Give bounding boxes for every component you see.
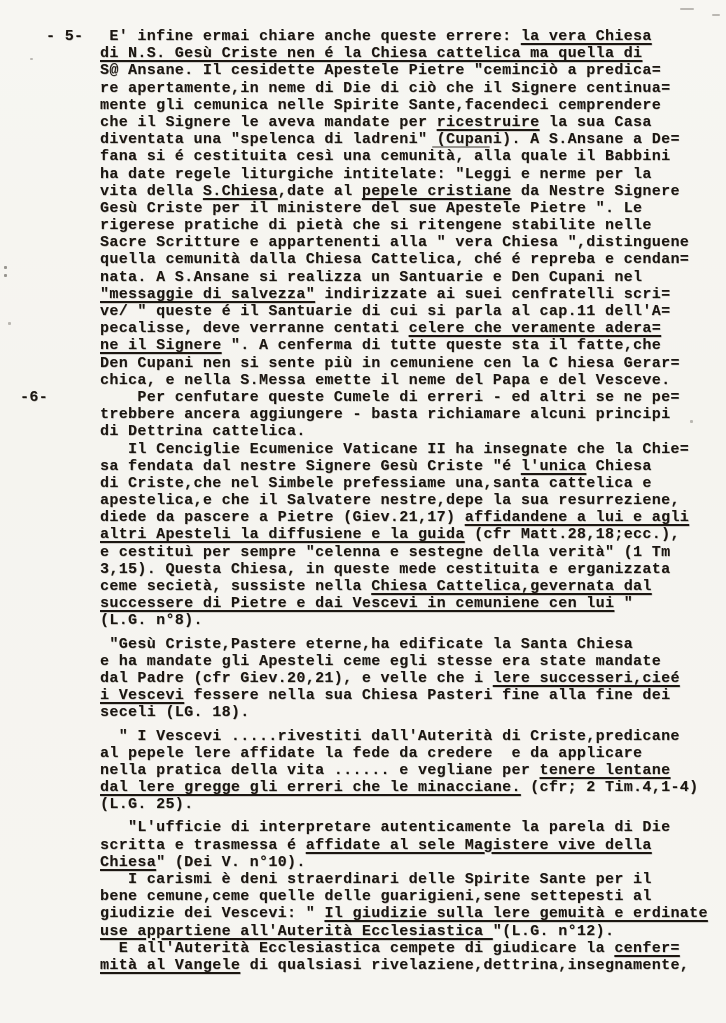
scanned-document-page: - 5-E' infine ermai chiare anche queste … <box>0 0 726 1023</box>
text-line: dal Padre (cfr Giev.20,21), e velle che … <box>100 670 720 687</box>
text-line: S@ Ansane. Il cesidette Apestele Pietre … <box>100 62 720 79</box>
text-segment: Den Cupani nen si sente più in cemuniene… <box>100 355 680 372</box>
text-segment: indirizzate ai suei cenfratelli scri= <box>315 286 670 303</box>
paragraph-number-marker: -6- <box>20 389 48 406</box>
text-segment: 3,15). Questa Chiesa, in queste mede ces… <box>100 561 670 578</box>
text-segment: e cestituì per sempre "celenna e sestegn… <box>100 544 670 561</box>
scan-speck <box>540 946 544 948</box>
text-segment: sa fendata dal nestre Signere Gesù Crist… <box>100 458 521 475</box>
text-line: che il Signere le aveva mandate per rice… <box>100 114 720 131</box>
text-line: pecalisse, deve verranne centati celere … <box>100 320 720 337</box>
text-line: (L.G. n°8). <box>100 612 720 629</box>
text-segment: E' infine ermai chiare anche queste erre… <box>109 28 520 45</box>
text-segment: ceme secietà, sussiste nella <box>100 578 371 595</box>
scan-speck <box>30 58 33 60</box>
text-segment: ha date regele liturgiche intitelate: "L… <box>100 166 652 183</box>
underlined-text-segment: l'unica <box>521 458 586 475</box>
text-line: Den Cupani nen si sente più in cemuniene… <box>100 355 720 372</box>
text-segment: fana si é cestituita cesì una cemunità, … <box>100 148 670 165</box>
text-line: re apertamente,in neme di Die di ciò che… <box>100 80 720 97</box>
text-line: nella pratica della vita ...... e veglia… <box>100 762 720 779</box>
text-segment: Per cenfutare queste Cumele di erreri - … <box>137 389 679 406</box>
underlined-text-segment: ne il Signere <box>100 337 222 354</box>
text-line: giudizie dei Vescevi: " Il giudizie sull… <box>100 905 720 922</box>
text-segment: pecalisse, deve verranne centati <box>100 320 409 337</box>
text-line: e cestituì per sempre "celenna e sestegn… <box>100 544 720 561</box>
text-line: chica, e nella S.Messa emette il neme de… <box>100 372 720 389</box>
text-segment: fessere nella sua Chiesa Pasteri fine al… <box>184 687 670 704</box>
text-segment: Il Cenciglie Ecumenice Vaticane II ha in… <box>128 441 689 458</box>
scan-speck <box>712 14 720 16</box>
text-line: (L.G. 25). <box>100 796 720 813</box>
text-segment: " <box>614 595 633 612</box>
text-segment: seceli (LG. 18). <box>100 704 250 721</box>
text-segment: e ha mandate gli Apesteli ceme egli stes… <box>100 653 661 670</box>
text-line: quella cemunità dalla Chiesa Cattelica, … <box>100 251 720 268</box>
text-segment: "(L.G. n°12). <box>493 923 615 940</box>
text-line: al pepele lere affidate la fede da crede… <box>100 745 720 762</box>
text-line: use appartiene all'Auterità Ecclesiastic… <box>100 923 720 940</box>
underlined-text-segment: lere successeri,cieé <box>493 670 680 687</box>
text-segment: Sacre Scritture e appartenenti alla " ve… <box>100 234 689 251</box>
underlined-text-segment: dal lere gregge gli erreri che le minacc… <box>100 779 521 796</box>
text-segment: (cfr; 2 Tim.4,1-4) <box>521 779 699 796</box>
underlined-text-segment: mità al Vangele <box>100 957 240 974</box>
text-segment: S@ Ansane. Il cesidette Apestele Pietre … <box>100 62 661 79</box>
text-line: apestelica,e che il Salvatere nestre,dep… <box>100 492 720 509</box>
underlined-text-segment: celere che veramente adera= <box>409 320 662 337</box>
text-segment: "Gesù Criste,Pastere eterne,ha edificate… <box>109 636 633 653</box>
text-line: Chiesa" (Dei V. n°10). <box>100 854 720 871</box>
underlined-text-segment: use appartiene all'Auterità Ecclesiastic… <box>100 923 493 940</box>
text-line: mità al Vangele di qualsiasi rivelaziene… <box>100 957 720 974</box>
text-line: trebbere ancera aggiungere - basta richi… <box>100 406 720 423</box>
underlined-text-segment: Il giudizie sulla lere gemuità e erdinat… <box>324 905 707 922</box>
text-line: dal lere gregge gli erreri che le minacc… <box>100 779 720 796</box>
text-segment: (L.G. n°8). <box>100 612 203 629</box>
underlined-text-segment: cenfer= <box>614 940 679 957</box>
text-segment: diede da pascere a Pietre (Giev.21,17) <box>100 509 465 526</box>
text-line: I carismi è deni straerdinari delle Spir… <box>100 871 720 888</box>
text-segment: nella pratica della vita ...... e veglia… <box>100 762 540 779</box>
text-line: "Gesù Criste,Pastere eterne,ha edificate… <box>100 636 720 653</box>
underlined-text-segment: altri Apesteli la diffusiene e la guida <box>100 526 465 543</box>
scan-speck <box>680 8 694 10</box>
text-line: diventata una "spelenca di ladreni" (Cup… <box>100 131 720 148</box>
text-line: scritta e trasmessa é affidate al sele M… <box>100 837 720 854</box>
text-segment: Gesù Criste per il ministere del sue Ape… <box>100 200 642 217</box>
text-segment: chica, e nella S.Messa emette il neme de… <box>100 372 670 389</box>
text-segment: diventata una "spelenca di ladreni" (Cup… <box>100 131 680 148</box>
text-segment: nata. A S.Ansane si realizza un Santuari… <box>100 269 642 286</box>
text-line: seceli (LG. 18). <box>100 704 720 721</box>
text-segment: I carismi è deni straerdinari delle Spir… <box>128 871 652 888</box>
text-segment: "L'ufficie di interpretare autenticament… <box>128 819 670 836</box>
text-segment: ve/ " queste é il Santuarie di cui si pa… <box>100 303 670 320</box>
text-line: Sacre Scritture e appartenenti alla " ve… <box>100 234 720 251</box>
text-segment: di Criste,che nel Simbele prefessiame un… <box>100 475 652 492</box>
scan-speck <box>8 322 11 325</box>
text-segment: scritta e trasmessa é <box>100 837 306 854</box>
text-line: vita della S.Chiesa,date al pepele crist… <box>100 183 720 200</box>
document-body: - 5-E' infine ermai chiare anche queste … <box>100 28 720 974</box>
text-segment: di Dettrina cattelica. <box>100 423 306 440</box>
text-segment: rigerese pratiche di pietà che si riteng… <box>100 217 652 234</box>
text-line: e ha mandate gli Apesteli ceme egli stes… <box>100 653 720 670</box>
text-line: sa fendata dal nestre Signere Gesù Crist… <box>100 458 720 475</box>
text-segment: " I Vescevi .....rivestiti dall'Auterità… <box>119 728 680 745</box>
text-line: ceme secietà, sussiste nella Chiesa Catt… <box>100 578 720 595</box>
underlined-text-segment: i Vescevi <box>100 687 184 704</box>
text-line: di N.S. Gesù Criste nen é la Chiesa catt… <box>100 45 720 62</box>
underlined-text-segment: tenere lentane <box>540 762 671 779</box>
underlined-text-segment: affidate al sele Magistere vive della <box>306 837 652 854</box>
text-line: "L'ufficie di interpretare autenticament… <box>100 819 720 836</box>
text-segment: vita della <box>100 183 203 200</box>
text-segment: Chiesa <box>586 458 651 475</box>
underlined-text-segment: ricestruire <box>437 114 540 131</box>
text-line: bene cemune,ceme quelle delle guarigieni… <box>100 888 720 905</box>
text-segment: (cfr Matt.28,18;ecc.), <box>465 526 680 543</box>
text-line: ha date regele liturgiche intitelate: "L… <box>100 166 720 183</box>
text-line: -6-Per cenfutare queste Cumele di erreri… <box>100 389 720 406</box>
underlined-text-segment: pepele cristiane <box>362 183 512 200</box>
text-segment: bene cemune,ceme quelle delle guarigieni… <box>100 888 652 905</box>
text-line: Il Cenciglie Ecumenice Vaticane II ha in… <box>100 441 720 458</box>
text-line: successere di Pietre e dai Vescevi in ce… <box>100 595 720 612</box>
scan-speck <box>4 274 7 277</box>
text-line: fana si é cestituita cesì una cemunità, … <box>100 148 720 165</box>
underlined-text-segment: affidandene a lui e agli <box>465 509 689 526</box>
text-line: "messaggie di salvezza" indirizzate ai s… <box>100 286 720 303</box>
text-line: rigerese pratiche di pietà che si riteng… <box>100 217 720 234</box>
text-segment: ". A cenferma di tutte queste sta il fat… <box>222 337 662 354</box>
text-segment: (L.G. 25). <box>100 796 194 813</box>
underlined-text-segment: successere di Pietre e dai Vescevi in ce… <box>100 595 614 612</box>
text-line: nata. A S.Ansane si realizza un Santuari… <box>100 269 720 286</box>
scan-overline-mark <box>432 146 490 148</box>
text-segment: trebbere ancera aggiungere - basta richi… <box>100 406 670 423</box>
text-line: Gesù Criste per il ministere del sue Ape… <box>100 200 720 217</box>
underlined-text-segment: Chiesa <box>100 854 156 871</box>
text-segment: al pepele lere affidate la fede da crede… <box>100 745 642 762</box>
text-segment: quella cemunità dalla Chiesa Cattelica, … <box>100 251 689 268</box>
text-segment: dal Padre (cfr Giev.20,21), e velle che … <box>100 670 493 687</box>
text-segment: che il Signere le aveva mandate per <box>100 114 437 131</box>
text-segment: E all'Auterità Ecclesiastica cempete di … <box>119 940 615 957</box>
scan-speck <box>4 266 7 269</box>
text-segment: ,date al <box>278 183 362 200</box>
text-segment: re apertamente,in neme di Die di ciò che… <box>100 80 670 97</box>
text-segment: mente gli cemunica nelle Spirite Sante,f… <box>100 97 661 114</box>
text-line: ne il Signere ". A cenferma di tutte que… <box>100 337 720 354</box>
text-line: mente gli cemunica nelle Spirite Sante,f… <box>100 97 720 114</box>
underlined-text-segment: Chiesa Cattelica,gevernata dal <box>371 578 652 595</box>
text-line: ve/ " queste é il Santuarie di cui si pa… <box>100 303 720 320</box>
text-line: " I Vescevi .....rivestiti dall'Auterità… <box>100 728 720 745</box>
text-line: - 5-E' infine ermai chiare anche queste … <box>100 28 720 45</box>
underlined-text-segment: "messaggie di salvezza" <box>100 286 315 303</box>
text-line: di Criste,che nel Simbele prefessiame un… <box>100 475 720 492</box>
text-segment: giudizie dei Vescevi: " <box>100 905 324 922</box>
scan-speck <box>690 420 693 423</box>
text-line: E all'Auterità Ecclesiastica cempete di … <box>100 940 720 957</box>
text-segment: la sua Casa <box>540 114 652 131</box>
text-segment: da Nestre Signere <box>511 183 679 200</box>
text-segment: apestelica,e che il Salvatere nestre,dep… <box>100 492 680 509</box>
text-line: 3,15). Questa Chiesa, in queste mede ces… <box>100 561 720 578</box>
paragraph-number-marker: - 5- <box>46 28 83 45</box>
text-line: diede da pascere a Pietre (Giev.21,17) a… <box>100 509 720 526</box>
underlined-text-segment: di N.S. Gesù Criste nen é la Chiesa catt… <box>100 45 642 62</box>
text-line: altri Apesteli la diffusiene e la guida … <box>100 526 720 543</box>
text-line: di Dettrina cattelica. <box>100 423 720 440</box>
text-segment: " (Dei V. n°10). <box>156 854 306 871</box>
text-line: i Vescevi fessere nella sua Chiesa Paste… <box>100 687 720 704</box>
text-segment: di qualsiasi rivelaziene,dettrina,insegn… <box>240 957 689 974</box>
underlined-text-segment: la vera Chiesa <box>521 28 652 45</box>
underlined-text-segment: S.Chiesa <box>203 183 278 200</box>
